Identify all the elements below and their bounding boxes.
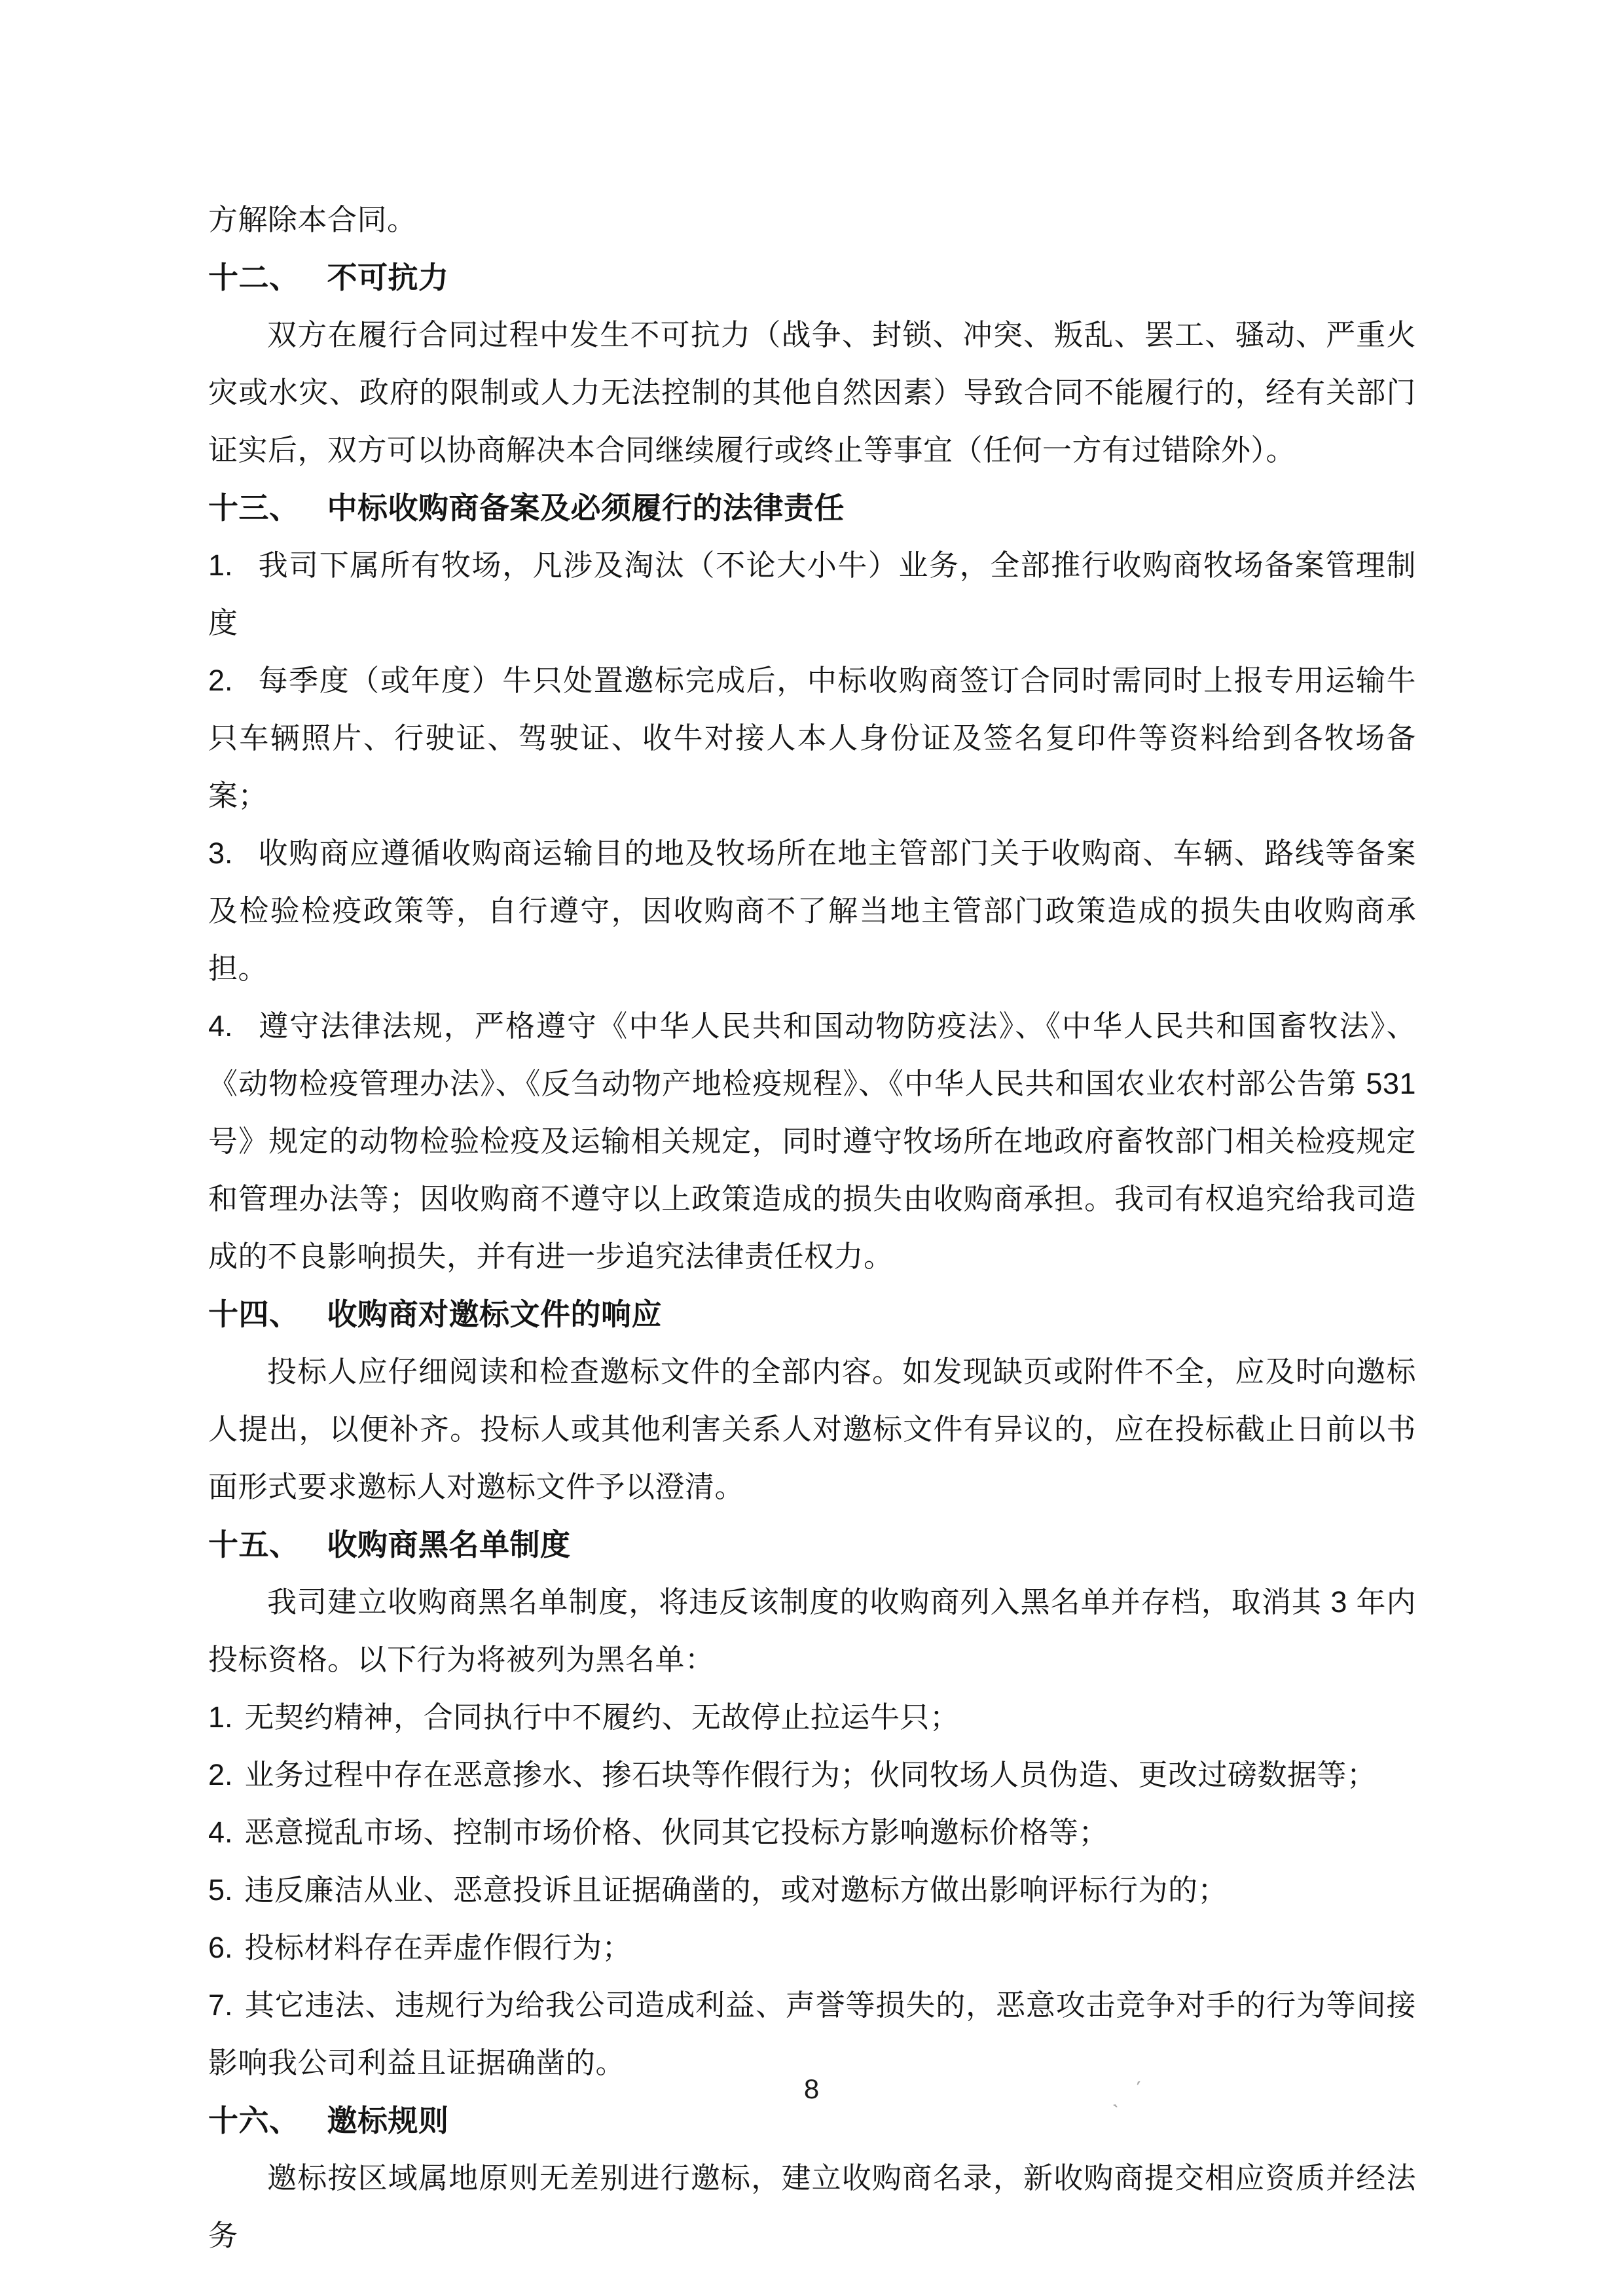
clause-number: 3. [208,836,233,870]
blacklist-item: 2.业务过程中存在恶意掺水、掺石块等作假行为；伙同牧场人员伪造、更改过磅数据等； [208,1746,1416,1804]
numbered-clause: 2.每季度（或年度）牛只处置邀标完成后，中标收购商签订合同时需同时上报专用运输牛… [208,652,1416,825]
section-heading-15: 十五、收购商黑名单制度 [208,1516,1416,1573]
document-content: 方解除本合同。 十二、不可抗力 双方在履行合同过程中发生不可抗力（战争、封锁、冲… [208,191,1416,2265]
paragraph-invitation-rules: 邀标按区域属地原则无差别进行邀标，建立收购商名录，新收购商提交相应资质并经法务 [208,2149,1416,2265]
section-title: 不可抗力 [327,260,449,295]
carryover-paragraph: 方解除本合同。 [208,191,1416,249]
clause-number: 4. [208,1009,233,1043]
clause-text: 业务过程中存在恶意掺水、掺石块等作假行为；伙同牧场人员伪造、更改过磅数据等； [245,1758,1377,1791]
clause-number: 7. [208,1988,233,2022]
section-title: 中标收购商备案及必须履行的法律责任 [327,491,845,525]
clause-number: 5. [208,1873,233,1907]
clause-number: 2. [208,664,233,697]
clause-text: 遵守法律法规，严格遵守《中华人民共和国动物防疫法》、《中华人民共和国畜牧法》、《… [208,1009,1416,1273]
clause-number: 1. [208,548,233,582]
clause-number: 4. [208,1816,233,1849]
section-number: 十三、 [208,491,300,525]
section-heading-14: 十四、收购商对邀标文件的响应 [208,1285,1416,1343]
section-number: 十六、 [208,2104,300,2138]
clause-number: 2. [208,1758,233,1791]
numbered-clause: 1.我司下属所有牧场，凡涉及淘汰（不论大小牛）业务，全部推行收购商牧场备案管理制… [208,537,1416,652]
blacklist-item: 6.投标材料存在弄虚作假行为； [208,1919,1416,1977]
clause-text: 其它违法、违规行为给我公司造成利益、声誉等损失的，恶意攻击竞争对手的行为等间接影… [208,1988,1416,2079]
section-title: 收购商黑名单制度 [327,1528,571,1562]
clause-text: 我司下属所有牧场，凡涉及淘汰（不论大小牛）业务，全部推行收购商牧场备案管理制度 [208,548,1416,639]
clause-text: 投标材料存在弄虚作假行为； [245,1931,632,1964]
clause-number: 1. [208,1700,233,1734]
section-number: 十五、 [208,1528,300,1562]
blacklist-item: 5.违反廉洁从业、恶意投诉且证据确凿的，或对邀标方做出影响评标行为的； [208,1861,1416,1919]
section-number: 十二、 [208,260,300,295]
paragraph-response: 投标人应仔细阅读和检查邀标文件的全部内容。如发现缺页或附件不全，应及时向邀标人提… [208,1343,1416,1516]
clause-text: 收购商应遵循收购商运输目的地及牧场所在地主管部门关于收购商、车辆、路线等备案及检… [208,836,1416,985]
document-page: 方解除本合同。 十二、不可抗力 双方在履行合同过程中发生不可抗力（战争、封锁、冲… [0,0,1623,2296]
section-heading-12: 十二、不可抗力 [208,249,1416,306]
clause-text: 每季度（或年度）牛只处置邀标完成后，中标收购商签订合同时需同时上报专用运输牛只车… [208,664,1416,812]
blacklist-item: 1.无契约精神，合同执行中不履约、无故停止拉运牛只； [208,1689,1416,1746]
section-heading-13: 十三、中标收购商备案及必须履行的法律责任 [208,479,1416,537]
clause-number: 6. [208,1931,233,1964]
clause-text: 无契约精神，合同执行中不履约、无故停止拉运牛只； [245,1700,960,1734]
blacklist-item: 4.恶意搅乱市场、控制市场价格、伙同其它投标方影响邀标价格等； [208,1804,1416,1861]
numbered-clause: 3.收购商应遵循收购商运输目的地及牧场所在地主管部门关于收购商、车辆、路线等备案… [208,825,1416,997]
section-title: 收购商对邀标文件的响应 [327,1297,663,1331]
clause-text: 违反廉洁从业、恶意投诉且证据确凿的，或对邀标方做出影响评标行为的； [245,1873,1228,1907]
section-title: 邀标规则 [327,2104,449,2138]
paragraph-blacklist-intro: 我司建立收购商黑名单制度，将违反该制度的收购商列入黑名单并存档，取消其 3 年内… [208,1573,1416,1689]
paragraph-force-majeure: 双方在履行合同过程中发生不可抗力（战争、封锁、冲突、叛乱、罢工、骚动、严重火灾或… [208,306,1416,479]
section-number: 十四、 [208,1297,300,1331]
clause-text: 恶意搅乱市场、控制市场价格、伙同其它投标方影响邀标价格等； [245,1816,1109,1849]
numbered-clause: 4.遵守法律法规，严格遵守《中华人民共和国动物防疫法》、《中华人民共和国畜牧法》… [208,997,1416,1285]
page-number: 8 [0,2073,1623,2105]
